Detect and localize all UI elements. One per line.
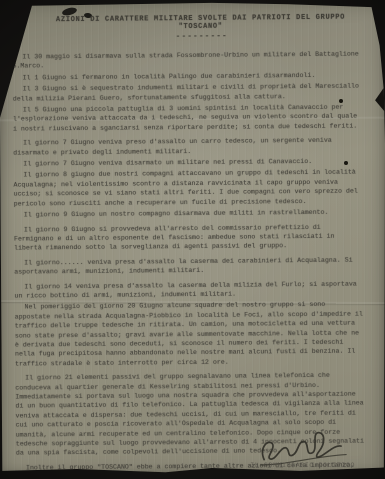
paragraph: Il 3 Giugno si è sequestrato indumenti m… [13,82,362,104]
signature-block: IL COMMISSARIO POLITICO [189,431,359,471]
signatory-role: IL COMMISSARIO POLITICO [250,462,355,469]
paragraph: Il giorno 8 giugno due nostri compagni a… [13,168,362,209]
document-body: Il 30 maggio si disarmava sulla strada F… [12,50,365,479]
paragraph: Il giorno 7 Giugno veniva preso d'assalt… [13,136,362,158]
title-underline: --------- [42,31,361,43]
paper-sheet: AZIONI DI CARATTERE MILITARE SVOLTE DAI … [0,0,385,479]
paragraph: Il 1 Giugno si fermarono in località Pal… [13,70,362,82]
paragraph: Nel pomeriggio del giorno 20 Giugno alcu… [15,300,365,369]
paragraph: Il 30 maggio si disarmava sulla strada F… [12,50,361,72]
document-title: AZIONI DI CARATTERE MILITARE SVOLTE DAI … [40,14,361,33]
paragraph: Il 5 Giugno una piccola pattuglia di 3 u… [13,103,362,134]
document-scan: AZIONI DI CARATTERE MILITARE SVOLTE DAI … [0,0,385,479]
paragraph: Il giorno 9 Giugno un nostro compagno di… [14,208,363,220]
paragraph: Il giorno 14 veniva presa d'assalto la c… [14,279,363,301]
paragraph: Il giorno 7 Giugno veniva disarmato un m… [13,157,362,169]
paragraph: Il giorno 9 Giugno si provvedeva all'arr… [14,222,363,253]
paragraph: Il giorno...... veniva presa d'assalto l… [14,255,363,277]
typewritten-content: AZIONI DI CARATTERE MILITARE SVOLTE DAI … [0,0,385,479]
